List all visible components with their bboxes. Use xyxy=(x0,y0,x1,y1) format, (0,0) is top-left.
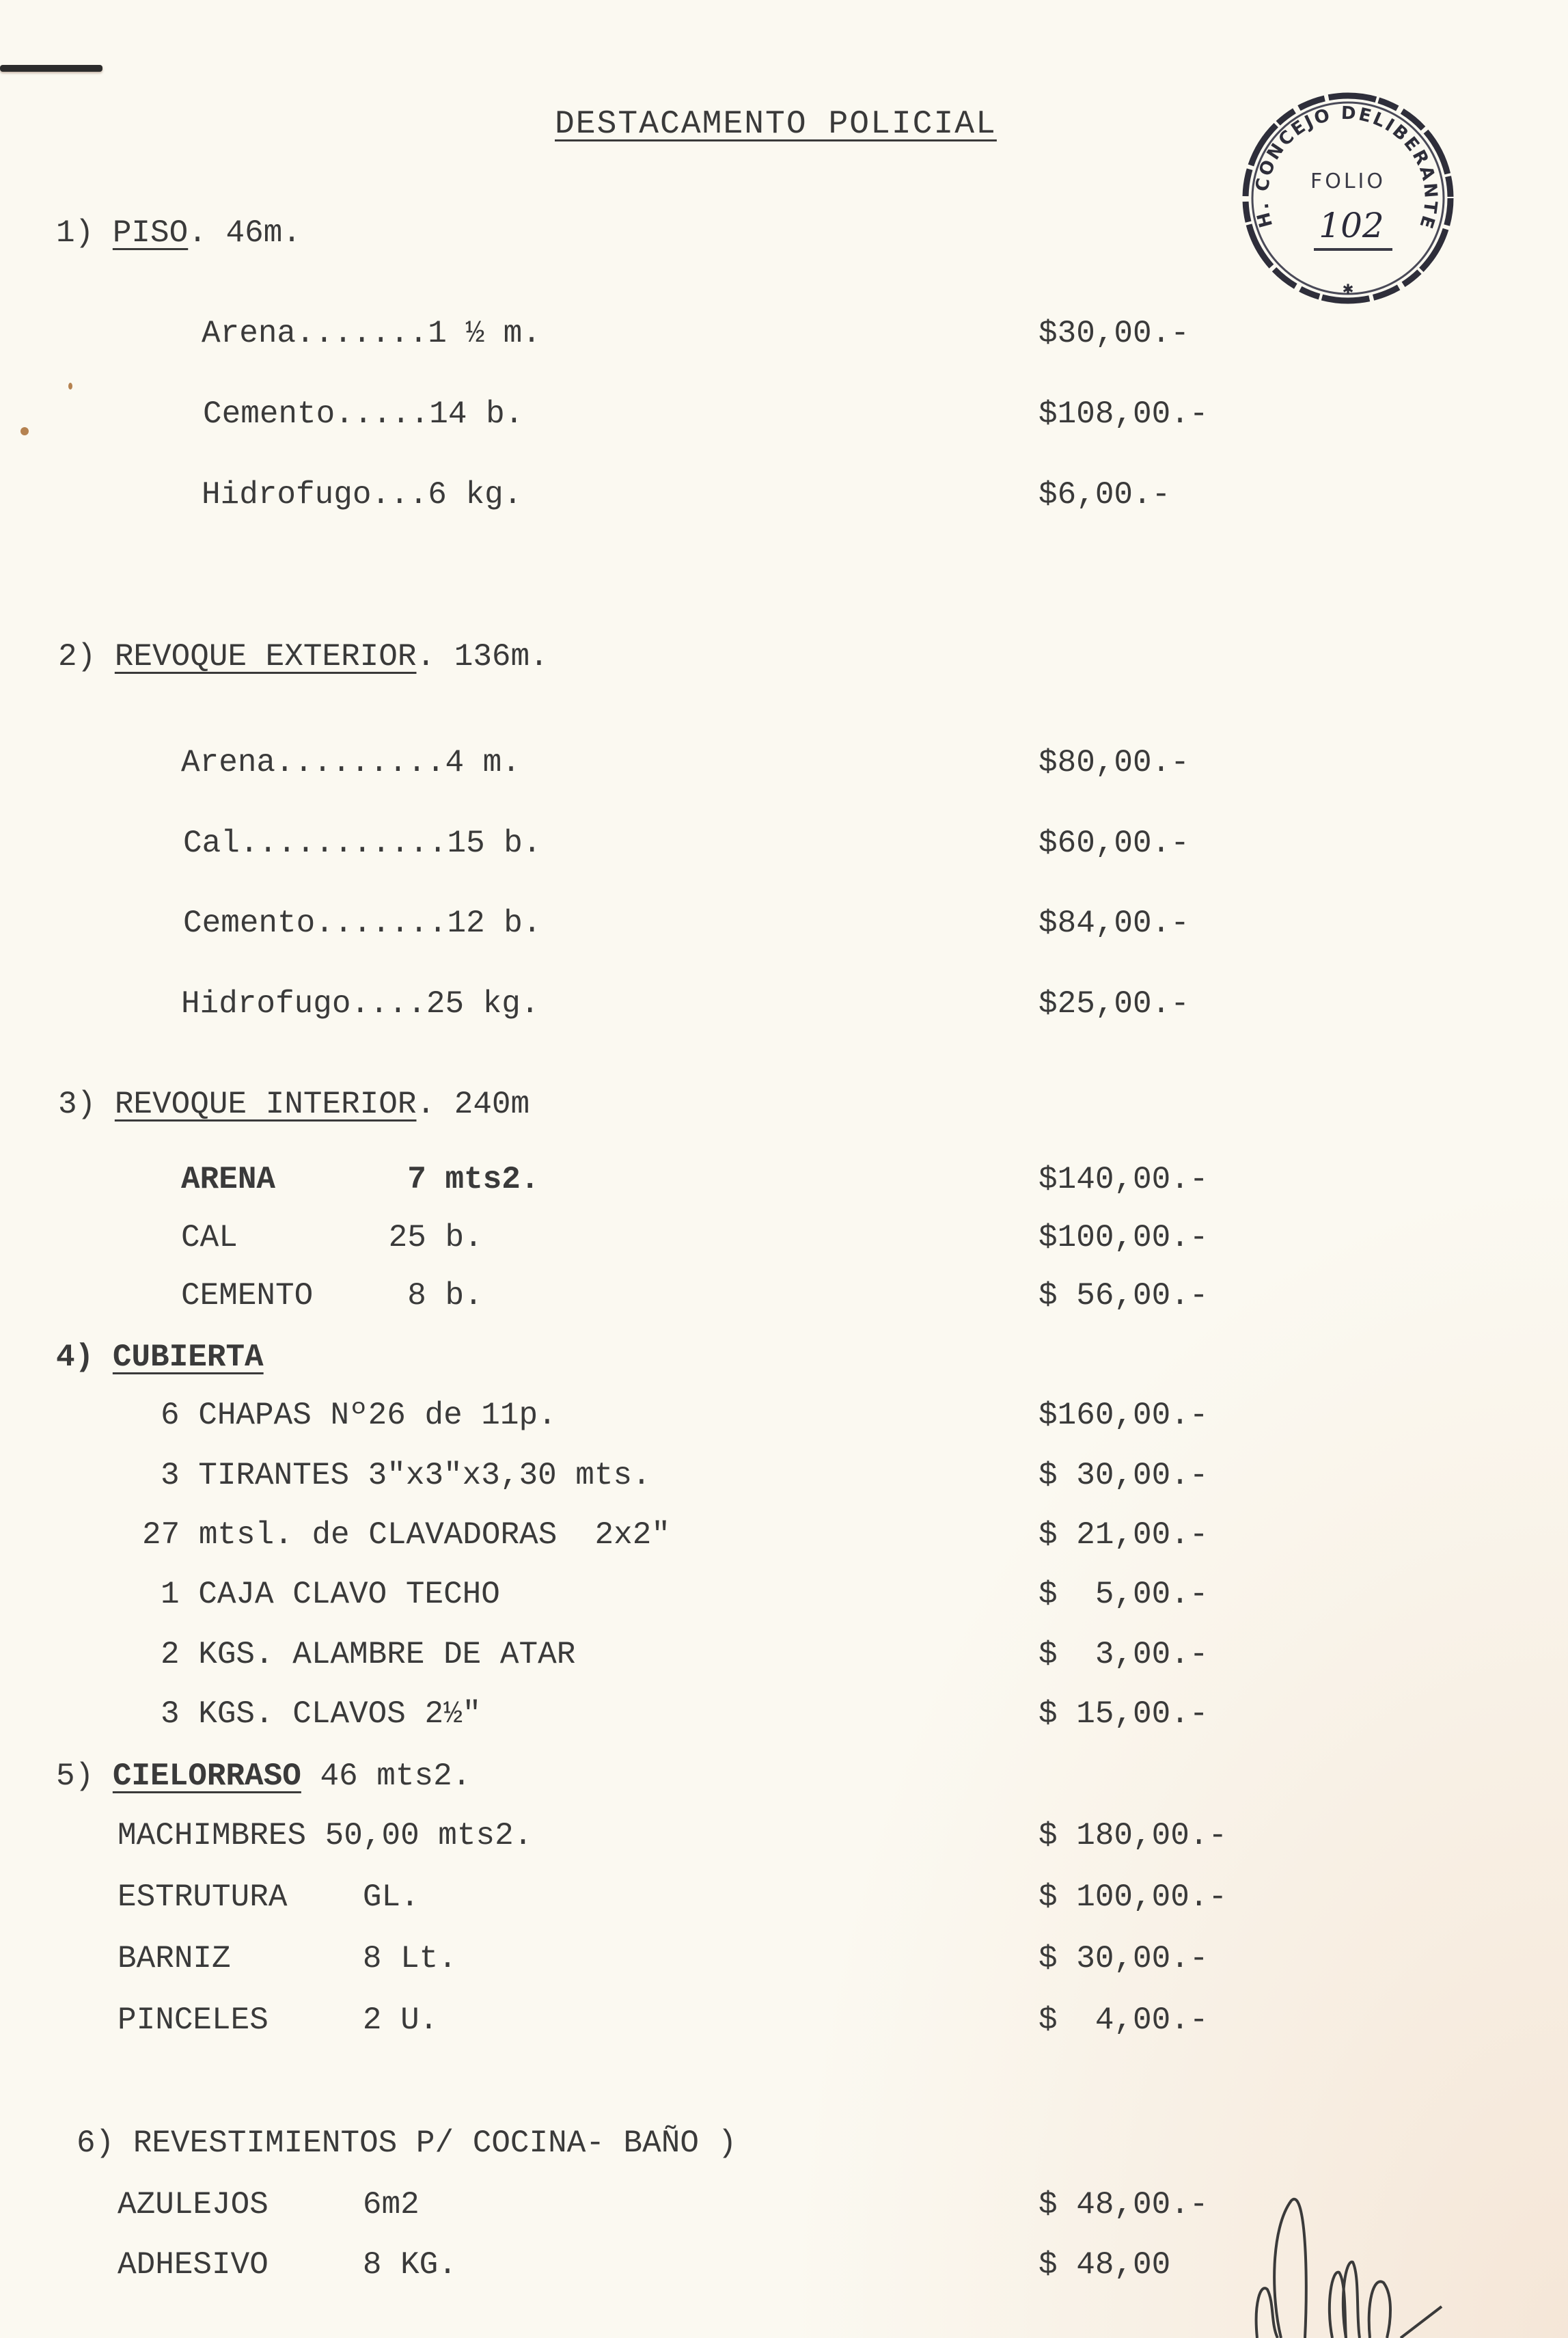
staple xyxy=(0,65,102,72)
item-price: $ 5,00.- xyxy=(1039,1577,1208,1612)
item-price: $6,00.- xyxy=(1039,477,1170,513)
item-price: $ 3,00.- xyxy=(1039,1637,1208,1672)
item-text: Arena.........4 m. xyxy=(181,745,521,780)
item-price: $60,00.- xyxy=(1039,826,1189,861)
item-text: 2 KGS. ALAMBRE DE ATAR xyxy=(161,1637,575,1672)
item-text: 1 CAJA CLAVO TECHO xyxy=(161,1577,500,1612)
paper-stain xyxy=(68,383,72,390)
section-heading: 4) CUBIERTA xyxy=(56,1340,264,1375)
item-text: MACHIMBRES 50,00 mts2. xyxy=(118,1818,532,1853)
item-text: 6 CHAPAS Nº26 de 11p. xyxy=(161,1398,557,1433)
item-text: Hidrofugo....25 kg. xyxy=(181,986,540,1022)
item-text: ADHESIVO 8 KG. xyxy=(118,2247,457,2283)
item-text: CEMENTO 8 b. xyxy=(181,1278,483,1314)
item-price: $ 48,00.- xyxy=(1039,2187,1208,2223)
section-heading: 3) REVOQUE INTERIOR. 240m xyxy=(58,1087,529,1122)
item-price: $ 30,00.- xyxy=(1039,1458,1208,1493)
stamp-label: FOLIO xyxy=(1310,169,1386,193)
item-price: $25,00.- xyxy=(1039,986,1189,1022)
item-price: $160,00.- xyxy=(1039,1398,1208,1433)
item-text: Hidrofugo...6 kg. xyxy=(202,477,522,513)
item-price: $30,00.- xyxy=(1039,316,1189,351)
handwritten-signature xyxy=(1243,2187,1483,2338)
item-price: $ 21,00.- xyxy=(1039,1517,1208,1553)
item-price: $ 180,00.- xyxy=(1039,1818,1227,1853)
document-title: DESTACAMENTO POLICIAL xyxy=(555,106,997,143)
folio-stamp: H. CONCEJO DELIBERANTE FOLIO 102 ✱ xyxy=(1235,85,1461,311)
item-text: Cemento.....14 b. xyxy=(203,396,523,432)
item-text: Cemento.......12 b. xyxy=(183,906,542,941)
item-text: CAL 25 b. xyxy=(181,1220,483,1255)
item-text: Cal...........15 b. xyxy=(183,826,542,861)
item-text: Arena.......1 ½ m. xyxy=(202,316,541,351)
folio-number: 102 xyxy=(1319,206,1384,245)
item-price: $ 100,00.- xyxy=(1039,1879,1227,1915)
item-text: 3 KGS. CLAVOS 2½" xyxy=(161,1696,481,1732)
item-price: $ 48,00 xyxy=(1039,2247,1170,2283)
item-price: $80,00.- xyxy=(1039,745,1189,780)
item-text: AZULEJOS 6m2 xyxy=(118,2187,419,2223)
item-price: $ 30,00.- xyxy=(1039,1941,1208,1976)
item-text: 27 mtsl. de CLAVADORAS 2x2" xyxy=(142,1517,670,1553)
item-price: $100,00.- xyxy=(1039,1220,1208,1255)
item-price: $108,00.- xyxy=(1039,396,1208,432)
item-price: $ 4,00.- xyxy=(1039,2002,1208,2038)
item-price: $84,00.- xyxy=(1039,906,1189,941)
item-text: BARNIZ 8 Lt. xyxy=(118,1941,457,1976)
item-price: $140,00.- xyxy=(1039,1162,1208,1197)
item-price: $ 15,00.- xyxy=(1039,1696,1208,1732)
star-icon: ✱ xyxy=(1343,279,1353,299)
section-heading: 2) REVOQUE EXTERIOR. 136m. xyxy=(58,639,549,675)
paper-stain xyxy=(20,427,29,435)
item-price: $ 56,00.- xyxy=(1039,1278,1208,1314)
section-heading: 1) PISO. 46m. xyxy=(56,215,301,251)
item-text: PINCELES 2 U. xyxy=(118,2002,438,2038)
section-heading: 5) CIELORRASO 46 mts2. xyxy=(56,1758,471,1794)
section-heading: 6) REVESTIMIENTOS P/ COCINA- BAÑO ) xyxy=(77,2125,737,2161)
item-text: 3 TIRANTES 3"x3"x3,30 mts. xyxy=(161,1458,651,1493)
item-text: ESTRUTURA GL. xyxy=(118,1879,419,1915)
item-text: ARENA 7 mts2. xyxy=(181,1162,540,1197)
